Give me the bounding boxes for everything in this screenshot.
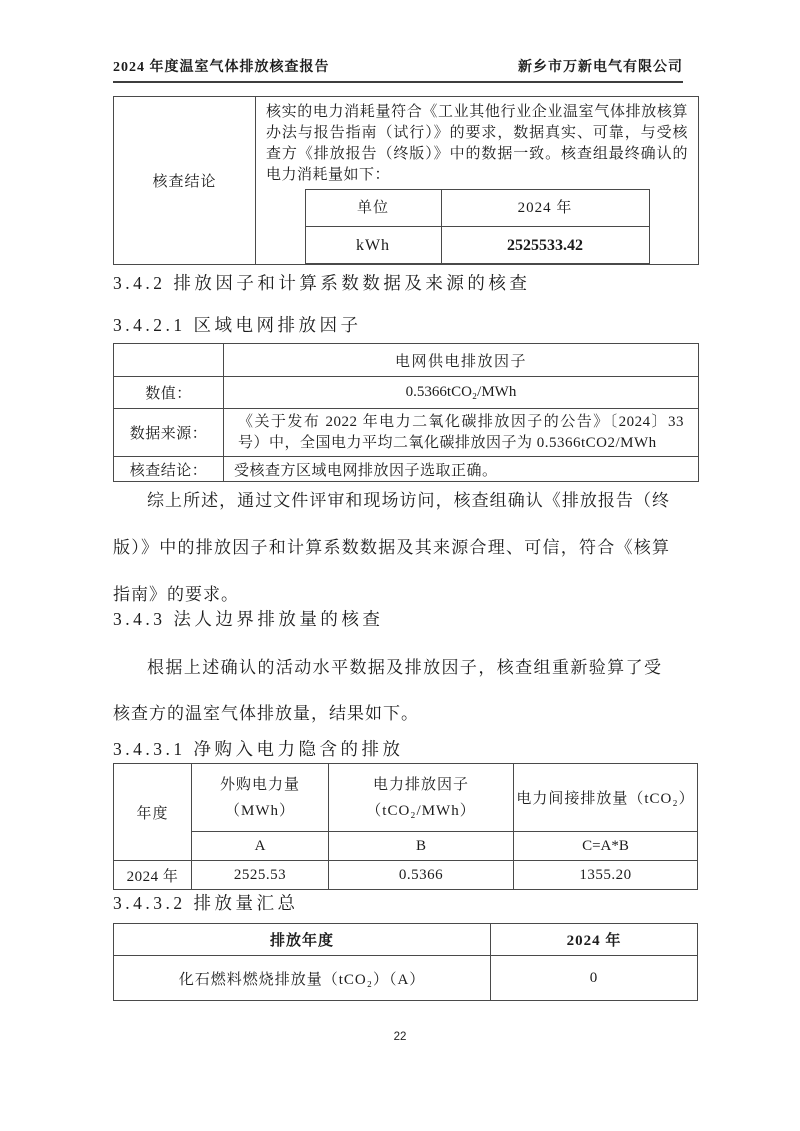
column-title: 电力排放因子 (330, 772, 512, 798)
emission-year-header-cell: 排放年度 (114, 924, 491, 956)
purchased-electricity-emissions-table: 年度 外购电力量 （MWh） 电力排放因子 （tCO₂/MWh） 电力间接排放量… (113, 763, 698, 890)
fossil-fuel-emissions-label-cell: 化石燃料燃烧排放量（tCO₂）（A） (114, 956, 491, 1001)
page-number: 22 (0, 1031, 800, 1043)
column-unit: （MWh） (193, 798, 327, 824)
year-header-cell: 2024 年 (441, 190, 649, 227)
electricity-consumption-table: 单位 2024 年 kWh 2525533.42 (305, 189, 650, 264)
emission-factor-header-cell: 电力排放因子 （tCO₂/MWh） (329, 764, 514, 832)
emissions-summary-table: 排放年度 2024 年 化石燃料燃烧排放量（tCO₂）（A） 0 (113, 923, 698, 1001)
table-row: 化石燃料燃烧排放量（tCO₂）（A） 0 (114, 956, 698, 1001)
year-header-cell: 2024 年 (491, 924, 698, 956)
table-row: kWh 2525533.42 (305, 227, 649, 264)
column-unit: （tCO₂/MWh） (330, 798, 512, 824)
table-row: 排放年度 2024 年 (114, 924, 698, 956)
data-source-label-cell: 数据来源： (114, 409, 224, 457)
recalculation-paragraph: 根据上述确认的活动水平数据及排放因子，核查组重新验算了受核查方的温室气体排放量，… (113, 645, 662, 737)
section-heading-3431: 3.4.3.1 净购入电力隐含的排放 (113, 736, 404, 761)
document-page: 2024 年度温室气体排放核查报告 新乡市万新电气有限公司 核查结论 核实的电力… (0, 0, 800, 1131)
table-row: 2024 年 2525.53 0.5366 1355.20 (114, 861, 698, 890)
conclusion-label-cell: 核查结论 (114, 97, 256, 265)
purchased-electricity-header-cell: 外购电力量 （MWh） (192, 764, 329, 832)
year-value-cell: 2024 年 (114, 861, 192, 890)
empty-cell (114, 344, 224, 377)
table-row: 电网供电排放因子 (114, 344, 699, 377)
fossil-fuel-emissions-value-cell: 0 (491, 956, 698, 1001)
table-row: 单位 2024 年 (305, 190, 649, 227)
header-report-title: 2024 年度温室气体排放核查报告 (113, 56, 330, 76)
consumption-value-cell: 2525533.42 (441, 227, 649, 264)
table-row: 核查结论 核实的电力消耗量符合《工业其他行业企业温室气体排放核算办法与报告指南（… (114, 97, 699, 265)
conclusion-content-cell: 核实的电力消耗量符合《工业其他行业企业温室气体排放核算办法与报告指南（试行）》的… (256, 97, 699, 265)
value-c-cell: 1355.20 (514, 861, 698, 890)
formula-a-cell: A (192, 832, 329, 861)
grid-emission-factor-table: 电网供电排放因子 数值： 0.5366tCO₂/MWh 数据来源： 《关于发布 … (113, 343, 699, 482)
conclusion-text: 核实的电力消耗量符合《工业其他行业企业温室气体排放核算办法与报告指南（试行）》的… (266, 104, 688, 183)
column-title: 外购电力量 (193, 772, 327, 798)
unit-cell: kWh (305, 227, 441, 264)
table-row: 年度 外购电力量 （MWh） 电力排放因子 （tCO₂/MWh） 电力间接排放量… (114, 764, 698, 832)
factor-value-cell: 0.5366tCO₂/MWh (224, 377, 699, 409)
value-a-cell: 2525.53 (192, 861, 329, 890)
grid-factor-header-cell: 电网供电排放因子 (224, 344, 699, 377)
section-heading-342: 3.4.2 排放因子和计算系数数据及来源的核查 (113, 270, 530, 295)
unit-header-cell: 单位 (305, 190, 441, 227)
formula-c-cell: C=A*B (514, 832, 698, 861)
summary-paragraph: 综上所述，通过文件评审和现场访问，核查组确认《排放报告（终版）》中的排放因子和计… (113, 477, 670, 618)
section-heading-3432: 3.4.3.2 排放量汇总 (113, 890, 299, 915)
page-header: 2024 年度温室气体排放核查报告 新乡市万新电气有限公司 (113, 56, 683, 83)
table-row: 数据来源： 《关于发布 2022 年电力二氧化碳排放因子的公告》〔2024〕33… (114, 409, 699, 457)
data-source-value-cell: 《关于发布 2022 年电力二氧化碳排放因子的公告》〔2024〕33 号）中，全… (224, 409, 699, 457)
table-row: 数值： 0.5366tCO₂/MWh (114, 377, 699, 409)
table-row: A B C=A*B (114, 832, 698, 861)
formula-b-cell: B (329, 832, 514, 861)
value-b-cell: 0.5366 (329, 861, 514, 890)
section-heading-343: 3.4.3 法人边界排放量的核查 (113, 606, 383, 631)
indirect-emissions-header-cell: 电力间接排放量（tCO₂） (514, 764, 698, 832)
year-header-cell: 年度 (114, 764, 192, 861)
value-label-cell: 数值： (114, 377, 224, 409)
verification-conclusion-table: 核查结论 核实的电力消耗量符合《工业其他行业企业温室气体排放核算办法与报告指南（… (113, 96, 699, 265)
header-company-name: 新乡市万新电气有限公司 (518, 56, 683, 76)
section-heading-3421: 3.4.2.1 区域电网排放因子 (113, 312, 362, 337)
